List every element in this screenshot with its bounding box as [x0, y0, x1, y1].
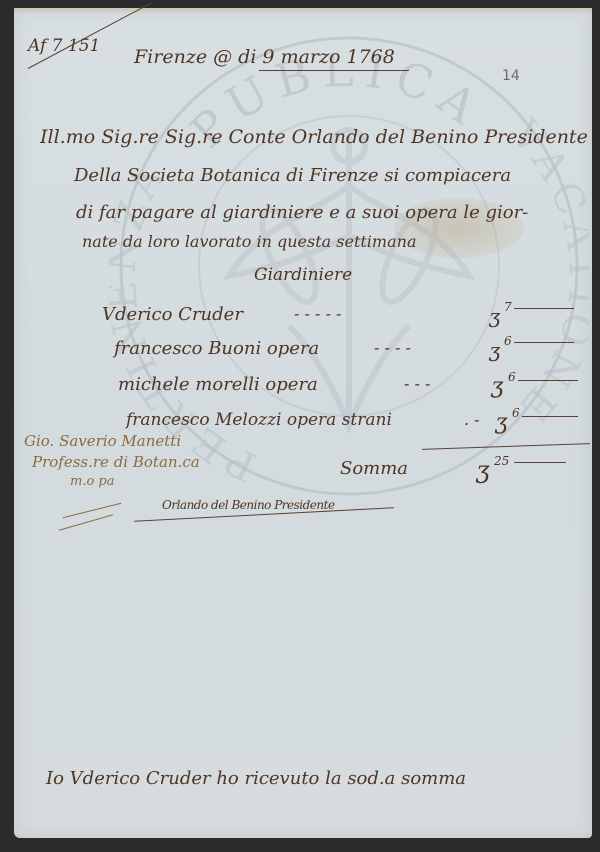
- salutation-line: Ill.mo Sig.re Sig.re Conte Orlando del B…: [40, 126, 588, 148]
- entry-rule: [518, 380, 578, 381]
- entry-amount: 6: [508, 370, 516, 384]
- reference-mark: Af 7 151: [28, 36, 100, 56]
- entry-dashes: . -: [464, 410, 480, 429]
- entry-dashes: - - -: [404, 374, 430, 393]
- entry-currency: ʒ: [489, 338, 500, 362]
- approval-note-line-1: Gio. Saverio Manetti: [24, 432, 181, 450]
- paper-edge: [14, 8, 592, 14]
- entry-amount: 7: [504, 300, 512, 314]
- entry-currency: ʒ: [495, 410, 507, 435]
- svg-text:VACATIONE: VACATIONE: [501, 110, 589, 433]
- body-line-3: nate da loro lavorato in questa settiman…: [82, 232, 416, 251]
- place-date: Firenze @ di 9 marzo 1768: [134, 46, 395, 68]
- entry-name: michele morelli opera: [118, 374, 318, 395]
- entry-name: francesco Buoni opera: [114, 338, 319, 359]
- entry-currency: ʒ: [491, 374, 503, 399]
- total-label: Somma: [340, 458, 408, 479]
- entry-dashes: - - - - -: [294, 304, 341, 323]
- entry-name: Vderico Cruder: [102, 304, 243, 325]
- signature: Orlando del Benino Presidente: [162, 498, 335, 512]
- total-rule: [422, 443, 590, 450]
- receipt-line: Io Vderico Cruder ho ricevuto la sod.a s…: [46, 768, 466, 789]
- entry-amount: 6: [512, 406, 520, 420]
- body-line-2: di far pagare al giardiniere e a suoi op…: [76, 202, 528, 223]
- document-page: PUBLICA PERTINENZA VACATIONE Af 7 151 Fi…: [14, 8, 592, 838]
- approval-note-line-3: m.o pa: [70, 474, 115, 489]
- approval-flourish: [63, 503, 121, 518]
- entry-dashes: - - - -: [374, 338, 411, 357]
- page-number: 14: [502, 68, 520, 84]
- section-heading: Giardiniere: [254, 265, 352, 285]
- body-line-1: Della Societa Botanica di Firenze si com…: [74, 165, 511, 186]
- approval-note-line-2: Profess.re di Botan.ca: [32, 453, 200, 471]
- total-amount: 25: [494, 454, 509, 468]
- entry-rule: [522, 416, 578, 417]
- total-trailing-rule: [514, 462, 566, 463]
- date-underline: [259, 70, 409, 71]
- total-currency: ʒ: [476, 456, 490, 484]
- entry-amount: 6: [504, 334, 512, 348]
- entry-currency: ʒ: [489, 304, 500, 328]
- entry-name: francesco Melozzi opera strani: [126, 410, 392, 430]
- entry-rule: [514, 308, 574, 309]
- entry-rule: [514, 342, 574, 343]
